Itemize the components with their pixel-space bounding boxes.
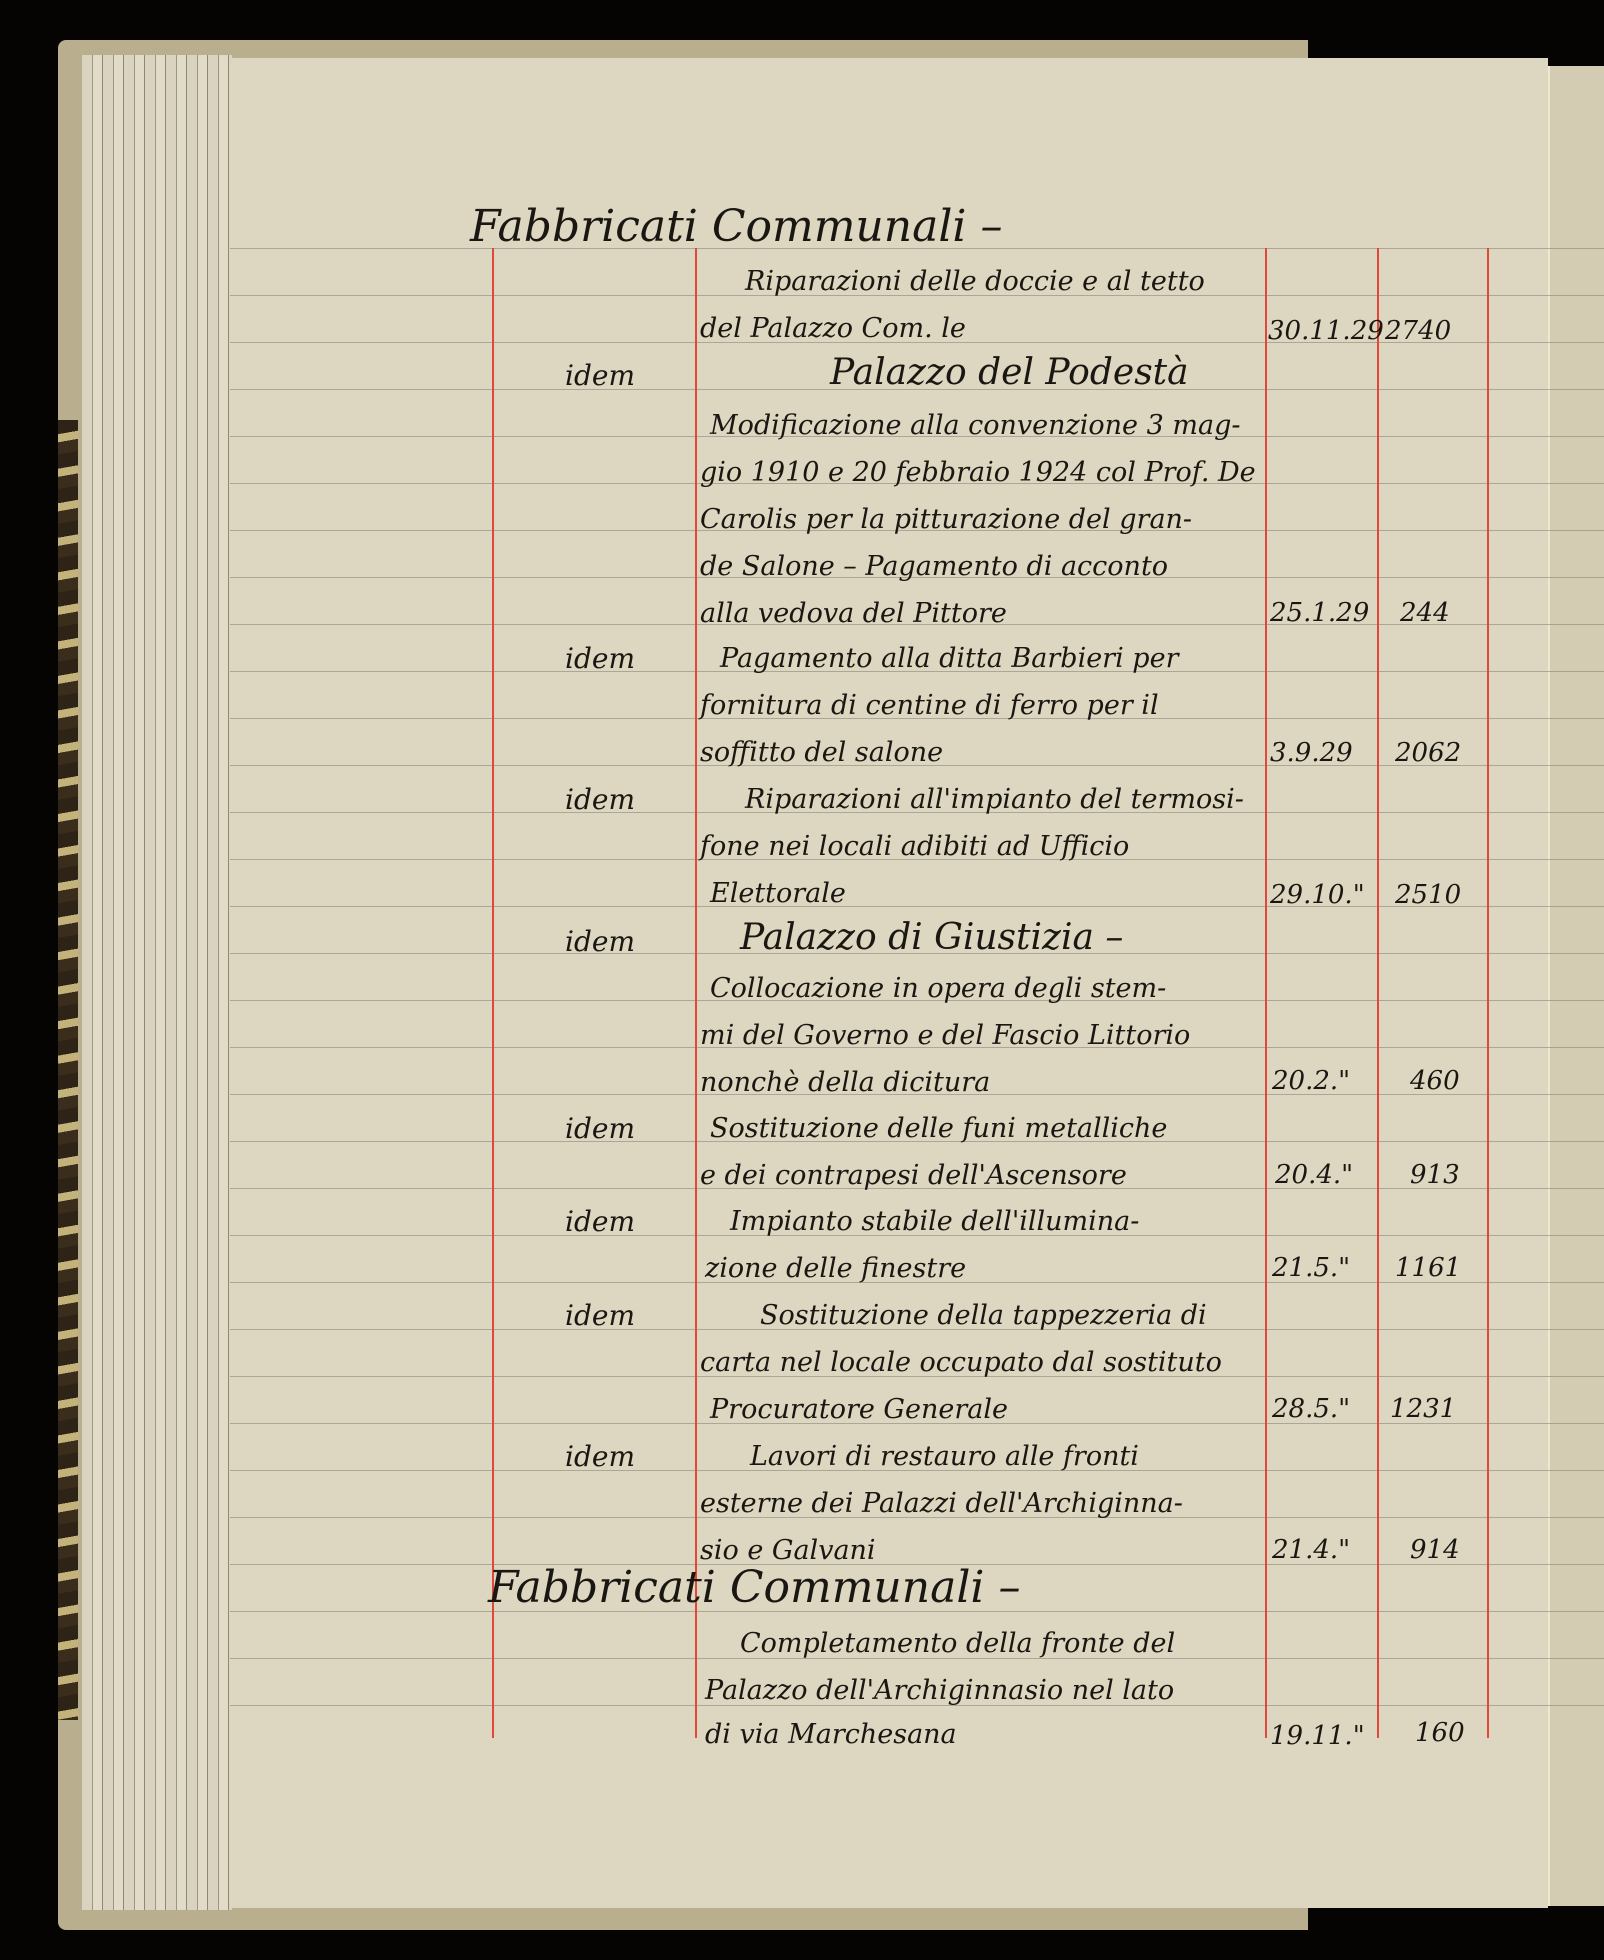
entry-amount: 914 bbox=[1410, 1537, 1460, 1563]
section-heading: Fabbricati Communali – bbox=[488, 1566, 1020, 1610]
entry-amount: 1231 bbox=[1390, 1396, 1456, 1422]
entry-line: Collocazione in opera degli stem- bbox=[710, 975, 1166, 1002]
entry-line: alla vedova del Pittore bbox=[700, 600, 1007, 627]
entry-line: Riparazioni delle doccie e al tetto bbox=[745, 268, 1205, 295]
entry-line: Carolis per la pitturazione del gran- bbox=[700, 506, 1192, 533]
entry-amount: 460 bbox=[1410, 1068, 1460, 1094]
entry-line: Elettorale bbox=[710, 880, 846, 907]
entry-amount: 913 bbox=[1410, 1162, 1460, 1188]
entry-margin-idem: idem bbox=[565, 1302, 635, 1330]
entry-line: sio e Galvani bbox=[700, 1537, 876, 1564]
entry-line: carta nel locale occupato dal sostituto bbox=[700, 1349, 1222, 1376]
entry-date: 25.1.29 bbox=[1270, 600, 1369, 626]
entry-margin-idem: idem bbox=[565, 786, 635, 814]
entry-line: del Palazzo Com. le bbox=[700, 315, 966, 342]
entry-date: 30.11.29 bbox=[1268, 318, 1384, 344]
entry-line: mi del Governo e del Fascio Littorio bbox=[700, 1022, 1190, 1049]
entry-margin-idem: idem bbox=[565, 928, 635, 956]
entry-line: Pagamento alla ditta Barbieri per bbox=[720, 645, 1178, 672]
entry-margin-idem: idem bbox=[565, 1443, 635, 1471]
entry-date: 19.11." bbox=[1270, 1723, 1365, 1749]
entry-line: soffitto del salone bbox=[700, 739, 943, 766]
entry-line: e dei contrapesi dell'Ascensore bbox=[700, 1162, 1127, 1189]
entry-line: fone nei locali adibiti ad Ufficio bbox=[700, 833, 1129, 860]
entry-date: 20.2." bbox=[1272, 1068, 1350, 1094]
entry-date: 21.4." bbox=[1272, 1537, 1350, 1563]
entry-margin-idem: idem bbox=[565, 1115, 635, 1143]
red-amount-column-line bbox=[1377, 248, 1379, 1738]
page-edges-stack bbox=[82, 55, 232, 1910]
entry-line: Riparazioni all'impianto del termosi- bbox=[745, 786, 1244, 813]
entry-line: Lavori di restauro alle fronti bbox=[750, 1443, 1139, 1470]
entry-subheading: Palazzo di Giustizia – bbox=[740, 920, 1123, 956]
entry-line: Sostituzione della tappezzeria di bbox=[760, 1302, 1207, 1329]
entry-line: de Salone – Pagamento di acconto bbox=[700, 553, 1168, 580]
entry-line: nonchè della dicitura bbox=[700, 1069, 990, 1096]
entry-margin-idem: idem bbox=[565, 1208, 635, 1236]
entry-line: fornitura di centine di ferro per il bbox=[700, 692, 1159, 719]
entry-line: zione delle finestre bbox=[705, 1255, 966, 1282]
entry-line: Modificazione alla convenzione 3 mag- bbox=[710, 412, 1240, 439]
entry-margin-idem: idem bbox=[565, 645, 635, 673]
entry-date: 3.9.29 bbox=[1270, 740, 1353, 766]
red-margin-line-2 bbox=[695, 248, 697, 1738]
entry-margin-idem: idem bbox=[565, 362, 635, 390]
entry-line: Completamento della fronte del bbox=[740, 1630, 1175, 1657]
entry-line: esterne dei Palazzi dell'Archiginna- bbox=[700, 1490, 1183, 1517]
entry-date: 20.4." bbox=[1275, 1162, 1353, 1188]
entry-date: 29.10." bbox=[1270, 882, 1365, 908]
entry-amount: 1161 bbox=[1395, 1255, 1461, 1281]
entry-line: Impianto stabile dell'illumina- bbox=[730, 1208, 1139, 1235]
entry-subheading: Palazzo del Podestà bbox=[830, 355, 1189, 391]
section-heading: Fabbricati Communali – bbox=[470, 205, 1002, 249]
entry-date: 21.5." bbox=[1272, 1255, 1350, 1281]
entry-line: di via Marchesana bbox=[705, 1721, 957, 1748]
marbled-spine bbox=[58, 420, 78, 1720]
entry-amount: 160 bbox=[1415, 1720, 1465, 1746]
entry-date: 28.5." bbox=[1272, 1396, 1350, 1422]
entry-line: Sostituzione delle funi metalliche bbox=[710, 1115, 1167, 1142]
entry-line: Palazzo dell'Archiginnasio nel lato bbox=[705, 1677, 1174, 1704]
entry-line: gio 1910 e 20 febbraio 1924 col Prof. De bbox=[700, 459, 1256, 486]
entry-amount: 2510 bbox=[1395, 882, 1461, 908]
red-date-column-line bbox=[1265, 248, 1267, 1738]
entry-amount: 2062 bbox=[1395, 740, 1461, 766]
entry-line: Procuratore Generale bbox=[710, 1396, 1008, 1423]
red-right-column-line bbox=[1487, 248, 1489, 1738]
entry-amount: 2740 bbox=[1385, 318, 1451, 344]
red-margin-line-1 bbox=[492, 248, 494, 1738]
entry-amount: 244 bbox=[1400, 600, 1450, 626]
